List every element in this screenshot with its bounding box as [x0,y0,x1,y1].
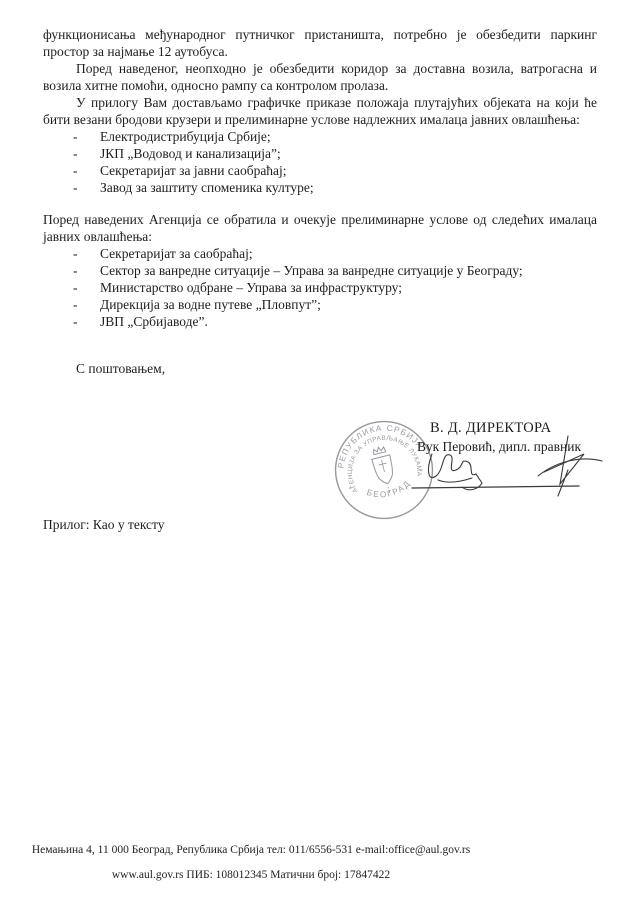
signature-scribble-left [429,454,482,490]
list-dash: - [73,296,100,313]
attachment-note: Прилог: Као у тексту [43,517,165,533]
list-item: - Министарство одбране – Управа за инфра… [43,279,597,296]
letterhead-footer: Немањина 4, 11 000 Београд, Република Ср… [0,844,502,882]
list-dash: - [73,313,100,330]
list-item: - Дирекција за водне путеве „Пловпут”; [43,296,597,313]
list-dash: - [73,162,100,179]
letter-body: функционисања међународног путничког при… [43,0,597,377]
list-item-text: Секретаријат за јавни саобраћај; [100,162,597,179]
footer-address-line: Немањина 4, 11 000 Београд, Република Ср… [0,844,502,857]
list-item-text: ЈВП „Србијаводе”. [100,313,597,330]
list-item-text: Електродистрибуција Србије; [100,128,597,145]
list-dash: - [73,179,100,196]
paragraph-expected-conditions: Поред наведених Агенција се обратила и о… [43,211,597,245]
signature-line [412,486,579,488]
list-item: - Секретаријат за јавни саобраћај; [43,162,597,179]
list-dash: - [73,145,100,162]
list-item: - ЈКП „Водовод и канализација”; [43,145,597,162]
list-item-text: ЈКП „Водовод и канализација”; [100,145,597,162]
list-item-text: Дирекција за водне путеве „Пловпут”; [100,296,597,313]
paragraph-continuation: функционисања међународног путничког при… [43,26,597,60]
list-dash: - [73,262,100,279]
list-item: - ЈВП „Србијаводе”. [43,313,597,330]
paragraph-attachments-intro: У прилогу Вам достављамо графичке приказ… [43,94,597,128]
list-item-text: Министарство одбране – Управа за инфраст… [100,279,597,296]
footer-registry-line: www.aul.gov.rs ПИБ: 108012345 Матични бр… [0,869,502,882]
list-item: - Сектор за ванредне ситуације – Управа … [43,262,597,279]
list-item: - Електродистрибуција Србије; [43,128,597,145]
list-dash: - [73,128,100,145]
list-dash: - [73,245,100,262]
signature-scribble-left2 [438,478,472,482]
signer-title: В. Д. ДИРЕКТОРА [430,420,551,437]
list-item-text: Завод за заштиту споменика културе; [100,179,597,196]
list-item: - Завод за заштиту споменика културе; [43,179,597,196]
authority-list-1: - Електродистрибуција Србије; - ЈКП „Вод… [43,128,597,196]
authority-list-2: - Секретаријат за саобраћај; - Сектор за… [43,245,597,330]
list-item-text: Сектор за ванредне ситуације – Управа за… [100,262,597,279]
signer-name: Вук Перовић, дипл. правник [417,439,581,455]
list-item-text: Секретаријат за саобраћај; [100,245,597,262]
closing-salutation: С поштовањем, [43,360,597,377]
list-dash: - [73,279,100,296]
letter-page: функционисања међународног путничког при… [0,0,634,900]
list-item: - Секретаријат за саобраћај; [43,245,597,262]
paragraph-corridor: Поред наведеног, неопходно је обезбедити… [43,60,597,94]
signature-flourish-curve [538,459,602,476]
